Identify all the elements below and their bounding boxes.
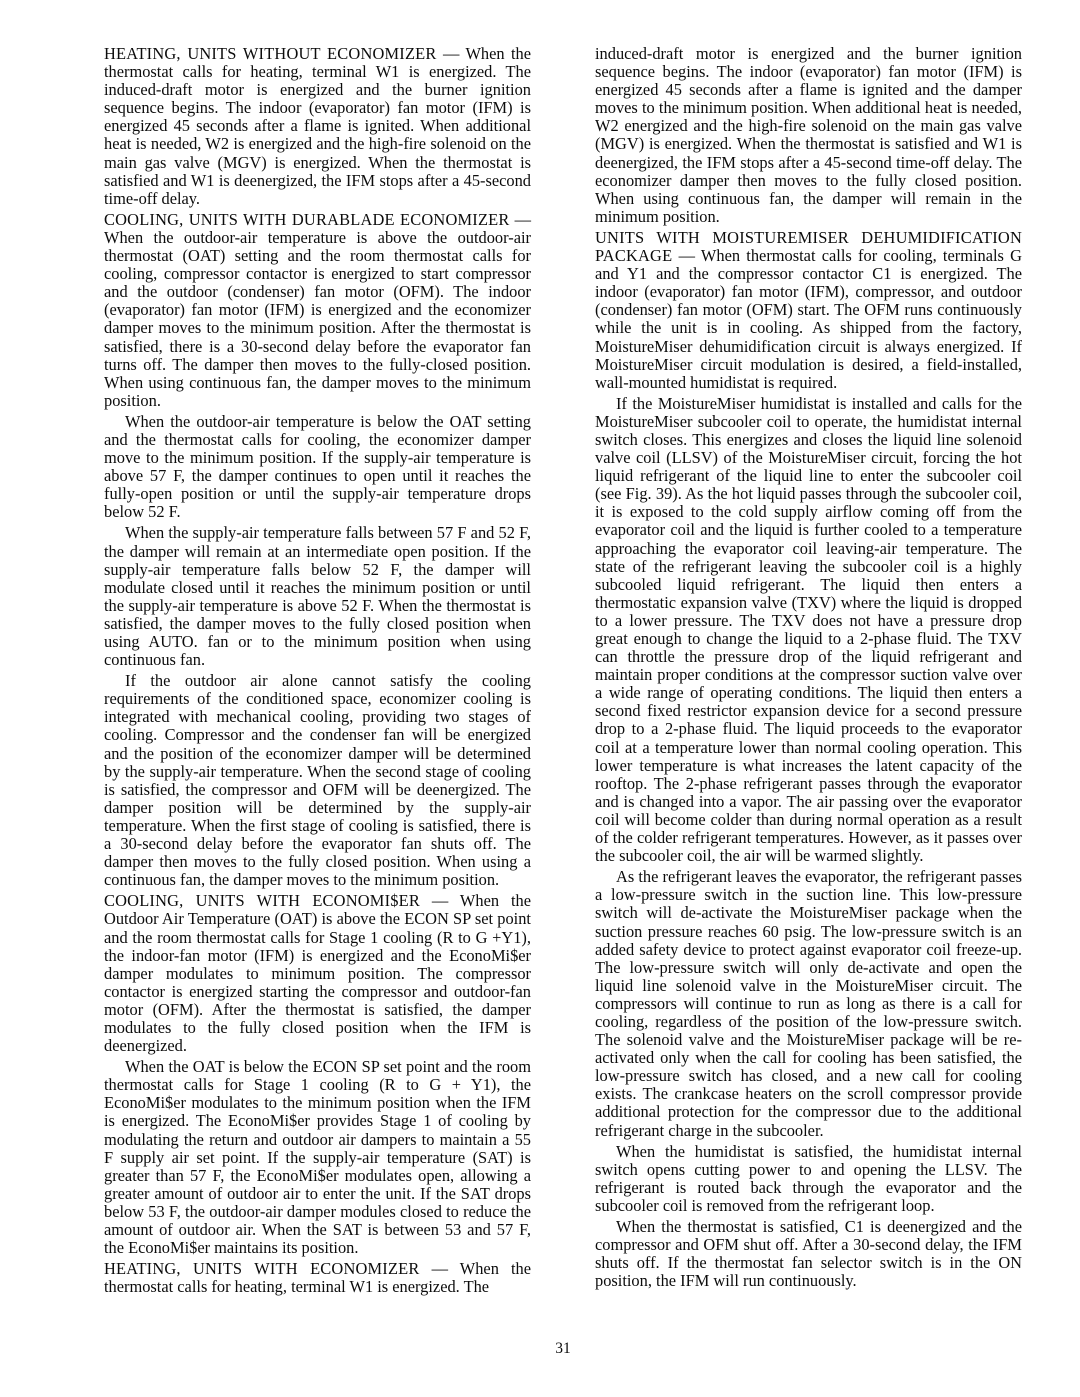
section-cooling-units-with-economiser: COOLING, UNITS WITH ECONOMI$ER — When th… bbox=[104, 892, 531, 1055]
paragraph-text: — When the Outdoor Air Temperature (OAT)… bbox=[104, 891, 531, 1055]
paragraph: When the humidistat is satisfied, the hu… bbox=[595, 1143, 1022, 1215]
paragraph: When the thermostat is satisfied, C1 is … bbox=[595, 1218, 1022, 1290]
manual-page: HEATING, UNITS WITHOUT ECONOMIZER — When… bbox=[0, 0, 1080, 1397]
section-heading: COOLING, UNITS WITH ECONOMI$ER bbox=[104, 891, 420, 910]
section-heading: HEATING, UNITS WITHOUT ECONOMIZER bbox=[104, 44, 437, 63]
paragraph: If the MoistureMiser humidistat is insta… bbox=[595, 395, 1022, 865]
right-column: induced-draft motor is energized and the… bbox=[595, 45, 1022, 1296]
paragraph-text: — When thermostat calls for cooling, ter… bbox=[595, 246, 1022, 392]
paragraph-text: — When the thermostat calls for heating,… bbox=[104, 44, 531, 208]
section-heating-units-without-economizer: HEATING, UNITS WITHOUT ECONOMIZER — When… bbox=[104, 45, 531, 208]
section-heading: HEATING, UNITS WITH ECONOMIZER bbox=[104, 1259, 420, 1278]
paragraph: If the outdoor air alone cannot satisfy … bbox=[104, 672, 531, 889]
paragraph: As the refrigerant leaves the evaporator… bbox=[595, 868, 1022, 1139]
paragraph-text: — When the outdoor-air temperature is ab… bbox=[104, 210, 531, 410]
section-heating-units-with-economizer: HEATING, UNITS WITH ECONOMIZER — When th… bbox=[104, 1260, 531, 1296]
paragraph: When the supply-air temperature falls be… bbox=[104, 524, 531, 669]
section-cooling-durablade-economizer: COOLING, UNITS WITH DURABLADE ECONOMIZER… bbox=[104, 211, 531, 410]
section-heading: COOLING, UNITS WITH DURABLADE ECONOMIZER bbox=[104, 210, 510, 229]
paragraph-continuation: induced-draft motor is energized and the… bbox=[595, 45, 1022, 226]
left-column: HEATING, UNITS WITHOUT ECONOMIZER — When… bbox=[104, 45, 531, 1296]
paragraph: When the OAT is below the ECON SP set po… bbox=[104, 1058, 531, 1257]
page-number: 31 bbox=[104, 1340, 1022, 1358]
section-units-with-moisturemiser: UNITS WITH MOISTUREMISER DEHUMIDIFICATIO… bbox=[595, 229, 1022, 392]
two-column-text-body: HEATING, UNITS WITHOUT ECONOMIZER — When… bbox=[104, 45, 1022, 1296]
paragraph: When the outdoor-air temperature is belo… bbox=[104, 413, 531, 522]
